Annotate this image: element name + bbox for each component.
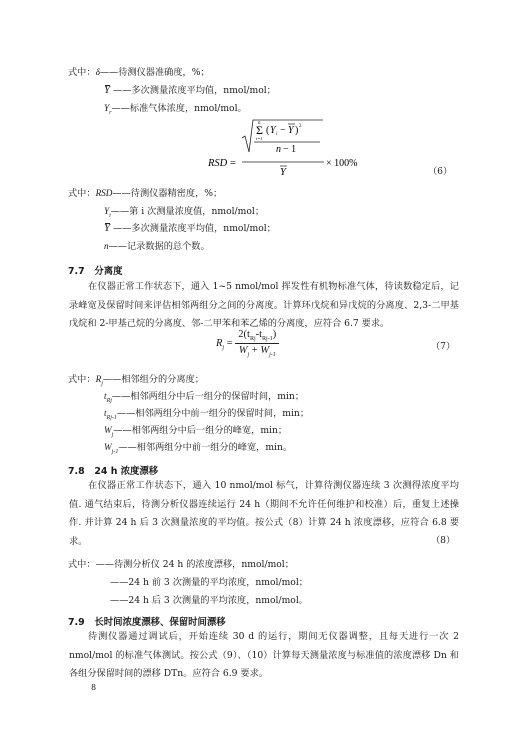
where-prefix: 式中： (68, 374, 96, 385)
symbol-yi: Yi (104, 206, 111, 216)
equation-7-number: （7） (431, 338, 455, 352)
symbol-rj: Rj (96, 374, 103, 384)
paragraph-7-7: 在仪器正常工作状态下，通入 1~5 nmol/mol 挥发性有机物标准气体，待读… (69, 278, 459, 334)
page-number: 8 (91, 683, 96, 692)
svg-text:−: − (280, 125, 286, 136)
equation-8-number: （8） (431, 532, 455, 546)
desc-before: ——24 h 前 3 次测量的平均浓度，nmol/mol； (110, 577, 308, 588)
section-number: 7.9 (68, 617, 85, 628)
symbol-rsd: RSD (96, 188, 113, 198)
desc-ybar: ——多次测量浓度平均值，nmol/mol； (113, 85, 276, 96)
svg-text:n: n (276, 144, 281, 155)
equation-6-number: （6） (428, 163, 452, 177)
svg-text:i: i (276, 132, 278, 137)
where-line-ybar-2: Y ——多次测量浓度平均值，nmol/mol； (104, 222, 276, 235)
where-line-wj-1: Wj-1——相邻两组分中前一组分的峰宽，min。 (104, 441, 292, 458)
where-line-rj: 式中：Rj——相邻组分的分离度； (68, 373, 204, 390)
where-line-after: ——24 h 后 3 次测量的平均浓度，nmol/mol。 (110, 595, 308, 607)
where-line-yr: Yr——标准气体浓度，nmol/mol。 (104, 102, 247, 119)
document-page: 式中：δ——待测仪器准确度，%； Y ——多次测量浓度平均值，nmol/mol；… (0, 0, 523, 740)
svg-text:i=1: i=1 (256, 136, 263, 141)
desc-ybar: ——多次测量浓度平均值，nmol/mol； (113, 223, 276, 234)
section-heading-7-9: 7.9 长时间浓度漂移、保留时间漂移 (68, 614, 226, 628)
desc-drift: ——待测分析仪 24 h 的浓度漂移，nmol/mol； (96, 559, 294, 570)
desc-yr: ——标准气体浓度，nmol/mol。 (111, 103, 246, 114)
symbol-wj-1: Wj-1 (104, 442, 118, 452)
where-prefix: 式中： (68, 188, 96, 199)
svg-text:Y: Y (280, 167, 287, 178)
svg-text:): ) (295, 125, 298, 136)
where-line-ybar: Y ——多次测量浓度平均值，nmol/mol； (104, 84, 276, 97)
symbol-trj-1: tRj-1 (104, 408, 117, 418)
where-line-n: n——记录数据的总个数。 (104, 240, 210, 253)
paragraph-7-8: 在仪器正常工作状态下，通入 10 nmol/mol 标气，计算待测仪器连续 3 … (69, 477, 459, 551)
symbol-trj: tRj (104, 391, 112, 401)
where-line-trj: tRj——相邻两组分中后一组分的保留时间，min； (104, 390, 304, 407)
desc-wj: ——相邻两组分中后一组分的峰宽，min； (113, 425, 287, 436)
svg-text:− 1: − 1 (283, 144, 296, 155)
equation-7: Rj = 2(tRj-tRj-1)Wj + Wj-1 (216, 329, 279, 358)
desc-rj: ——相邻组分的分离度； (103, 374, 204, 385)
desc-delta: ——待测仪器准确度，%； (100, 67, 210, 78)
desc-trj-1: ——相邻两组分中前一组分的保留时间，min； (117, 408, 309, 419)
symbol-ybar: Y (104, 222, 110, 234)
where-line-trj-1: tRj-1——相邻两组分中前一组分的保留时间，min； (104, 407, 309, 424)
where-line-yi: Yi——第 i 次测量浓度值，nmol/mol； (104, 205, 264, 222)
where-prefix: 式中： (68, 559, 96, 570)
section-title: 24 h 浓度漂移 (94, 466, 158, 477)
symbol-wj: Wj (104, 425, 113, 435)
where-line-before: ——24 h 前 3 次测量的平均浓度，nmol/mol； (110, 577, 308, 589)
rsd-formula-graphic: RSD = Σ n i=1 ( Y i − Y ) 2 n − 1 Y × 10… (208, 118, 358, 186)
section-number: 7.8 (68, 466, 85, 477)
desc-after: ——24 h 后 3 次测量的平均浓度，nmol/mol。 (110, 595, 308, 606)
section-title: 长时间浓度漂移、保留时间漂移 (94, 617, 225, 628)
desc-n: ——记录数据的总个数。 (109, 241, 210, 252)
where-line-drift: 式中：——待测分析仪 24 h 的浓度漂移，nmol/mol； (68, 559, 294, 571)
section-title: 分离度 (94, 266, 122, 277)
paragraph-7-9: 待测仪器通过调试后，开始连续 30 d 的运行，期间无仪器调整，且每天进行一次 … (69, 628, 459, 684)
where-line-rsd: 式中：RSD——待测仪器精密度，%； (68, 187, 222, 200)
svg-text:× 100%: × 100% (326, 158, 357, 169)
symbol-ybar: Y (104, 84, 110, 96)
where-line-delta: 式中：δ——待测仪器准确度，%； (68, 66, 210, 79)
where-prefix: 式中： (68, 67, 96, 78)
desc-trj: ——相邻两组分中后一组分的保留时间，min； (112, 391, 304, 402)
desc-yi: ——第 i 次测量浓度值，nmol/mol； (111, 206, 264, 217)
svg-text:Y: Y (288, 125, 295, 136)
section-heading-7-7: 7.7 分离度 (68, 263, 123, 277)
section-number: 7.7 (68, 266, 85, 277)
svg-text:=: = (230, 158, 236, 169)
where-line-wj: Wj——相邻两组分中后一组分的峰宽，min； (104, 424, 287, 441)
svg-text:2: 2 (299, 124, 302, 129)
svg-text:RSD: RSD (208, 158, 228, 169)
section-heading-7-8: 7.8 24 h 浓度漂移 (68, 463, 158, 477)
equation-6: RSD = Σ n i=1 ( Y i − Y ) 2 n − 1 Y × 10… (208, 118, 358, 189)
desc-wj-1: ——相邻两组分中前一组分的峰宽，min。 (118, 442, 292, 453)
desc-rsd: ——待测仪器精密度，%； (112, 188, 222, 199)
